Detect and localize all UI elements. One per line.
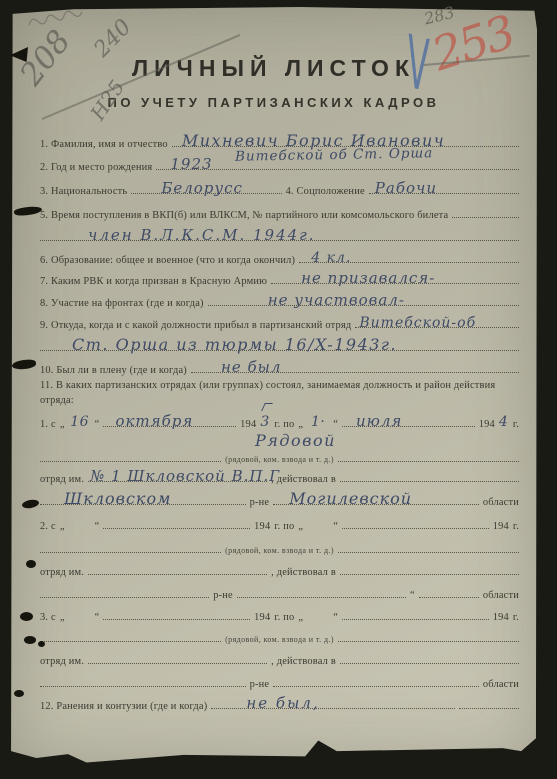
handwritten-region: Могилевской — [289, 489, 412, 508]
field-line: Витебской-об — [355, 314, 519, 328]
month-line — [103, 515, 250, 529]
field-line: член В.Л.К.С.М. 1944г. — [40, 227, 519, 241]
field-label: 9. Откуда, когда и с какой должности при… — [40, 320, 351, 331]
field-line: не был, — [211, 695, 455, 709]
field-row-fronts: 8. Участие на фронтах (где и когда) не у… — [40, 292, 519, 309]
field-line: не участвовал- — [208, 292, 519, 306]
caption-line — [338, 628, 519, 642]
otryad-line: № 1 Шкловской В.П.Г — [88, 468, 267, 482]
field-row-origin-2: Ст. Орша из тюрмы 16/X-1943г. — [40, 337, 519, 351]
year-printed: 194 — [479, 419, 495, 430]
period-3-dates: 3. с „ “ 194 г. по „ “ 194 г. — [40, 606, 519, 623]
field-row-units-2: отряда: — [40, 395, 519, 406]
otryad-label: отряд им. — [40, 656, 84, 667]
month-line: октября — [103, 413, 236, 427]
open-quote: „ — [298, 612, 303, 623]
period-2-otryad: отряд им. , действовал в — [40, 561, 519, 578]
g-po-printed: г. по — [274, 612, 294, 623]
field-row-party: 5. Время поступления в ВКП(б) или ВЛКСМ,… — [40, 204, 519, 221]
field-line: Белорусс — [131, 180, 281, 194]
open-quote: „ — [298, 419, 303, 430]
field-label: 7. Каким РВК и когда призван в Красную А… — [40, 276, 267, 287]
caption-line — [40, 628, 221, 642]
otryad-line — [88, 561, 267, 575]
district-label: р-не — [250, 497, 270, 508]
district-line — [40, 673, 246, 687]
field-row-nationality: 3. Национальность Белорусс 4. Соцположен… — [40, 180, 519, 197]
g-printed: г. — [513, 612, 519, 623]
field-row-captivity: 10. Был ли в плену (где и когда) не был — [40, 359, 519, 376]
field-line: не был — [191, 359, 519, 373]
region-label: области — [483, 497, 519, 508]
rank-caption: (рядовой, ком. взвода и т. д.) — [225, 455, 334, 464]
field-line: Рабочи — [369, 180, 519, 194]
period-2-dates: 2. с „ “ 194 г. по „ “ 194 г. — [40, 515, 519, 532]
region-line — [273, 673, 479, 687]
period-1-dates: 1. с „ 16 “ октября 194 3 г. по „ 1· “ и… — [40, 413, 519, 432]
rank-caption: (рядовой, ком. взвода и т. д.) — [225, 546, 334, 555]
region-label: области — [483, 590, 519, 601]
punch-hole — [38, 641, 45, 647]
acted-label: , действовал в — [271, 474, 336, 485]
g-po-printed: г. по — [274, 521, 294, 532]
g-printed: г. — [513, 419, 519, 430]
handwritten-fronts: не участвовал- — [268, 291, 405, 309]
acted-line — [340, 650, 519, 664]
punch-hole — [14, 690, 24, 697]
field-line: Ст. Орша из тюрмы 16/X-1943г. — [40, 337, 519, 351]
field-row-education: 6. Образование: общее и военное (что и к… — [40, 249, 519, 266]
caption-line — [40, 539, 221, 553]
month-line — [342, 606, 489, 620]
punch-hole — [20, 612, 33, 621]
handwritten-captivity: не был — [221, 358, 281, 376]
handwritten-month: октября — [115, 412, 193, 430]
field-line: 4 кл. — [299, 249, 519, 263]
period-prefix: 3. с — [40, 612, 56, 623]
field-line: не призавался- — [271, 270, 519, 284]
field-row-party-answer: член В.Л.К.С.М. 1944г. — [40, 227, 519, 241]
district-line — [40, 584, 209, 598]
punch-hole — [26, 560, 36, 568]
open-quote: „ — [60, 419, 65, 430]
region-line — [419, 584, 479, 598]
field-row-rvk: 7. Каким РВК и когда призван в Красную А… — [40, 270, 519, 287]
period-prefix: 1. с — [40, 419, 56, 430]
close-quote: “ — [333, 419, 338, 430]
field-label: 6. Образование: общее и военное (что и к… — [40, 255, 295, 266]
handwritten-education: 4 кл. — [311, 250, 351, 266]
caption-line — [338, 539, 519, 553]
field-row-origin: 9. Откуда, когда и с какой должности при… — [40, 314, 519, 331]
acted-label: , действовал в — [271, 567, 336, 578]
handwritten-birthyear: 1923 — [170, 155, 212, 173]
close-quote: “ — [95, 419, 100, 430]
period-3-rank-caption: (рядовой, ком. взвода и т. д.) — [40, 628, 519, 644]
period-1-region: Шкловском р-не Могилевской области — [40, 491, 519, 508]
field-line — [452, 204, 519, 218]
district-label: р-не — [250, 679, 270, 690]
district-label: р-не — [213, 590, 233, 601]
close-quote: “ — [95, 612, 100, 623]
close-quote: “ — [95, 521, 100, 532]
field-label: 4. Соцположение — [286, 186, 365, 197]
field-line — [459, 695, 519, 709]
close-quote: “ — [333, 521, 338, 532]
year-printed: 194 — [493, 612, 509, 623]
otryad-label: отряд им. — [40, 567, 84, 578]
handwritten-day: 16 — [70, 414, 89, 430]
handwritten-komsomol: член В.Л.К.С.М. 1944г. — [88, 226, 316, 244]
period-1-rank-caption: (рядовой, ком. взвода и т. д.) — [40, 448, 519, 464]
period-prefix: 2. с — [40, 521, 56, 532]
g-printed: г. — [513, 521, 519, 532]
period-2-region: р-не “ области — [40, 584, 519, 601]
month-line — [103, 606, 250, 620]
field-line: 1923 — [156, 156, 519, 170]
region-line: Могилевской — [273, 491, 479, 505]
period-3-otryad: отряд им. , действовал в — [40, 650, 519, 667]
year-printed: 194 — [240, 419, 256, 430]
rank-caption: (рядовой, ком. взвода и т. д.) — [225, 635, 334, 644]
field-label: 10. Был ли в плену (где и когда) — [40, 365, 187, 376]
month-line — [342, 515, 489, 529]
acted-line — [340, 561, 519, 575]
ditto-quote: “ — [410, 590, 415, 601]
caption-line — [338, 448, 519, 462]
handwritten-social-status: Рабочи — [375, 179, 437, 197]
handwritten-rvk: не призавался- — [301, 269, 435, 287]
field-label: 2. Год и место рождения — [40, 162, 152, 173]
period-2-rank-caption: (рядовой, ком. взвода и т. д.) — [40, 539, 519, 555]
handwritten-district: Шкловском — [64, 489, 171, 508]
handwritten-day-2: 1· — [311, 414, 325, 430]
document-page: ЛИЧНЫЙ ЛИСТОК ПО УЧЕТУ ПАРТИЗАНСКИХ КАДР… — [10, 7, 537, 764]
scan-background: ЛИЧНЫЙ ЛИСТОК ПО УЧЕТУ ПАРТИЗАНСКИХ КАДР… — [0, 0, 557, 779]
blue-check-mark: V — [405, 19, 431, 109]
handwritten-origin: Витебской-об — [359, 315, 476, 331]
region-label: области — [483, 679, 519, 690]
field-label: 11. В каких партизанских отрядах (или гр… — [40, 380, 495, 391]
region-line — [237, 584, 406, 598]
otryad-label: отряд им. — [40, 474, 84, 485]
period-1-otryad: отряд им. № 1 Шкловской В.П.Г , действов… — [40, 468, 519, 485]
acted-label: , действовал в — [271, 656, 336, 667]
field-row-wounds: 12. Ранения и контузии (где и когда) не … — [40, 695, 519, 712]
open-quote: „ — [298, 521, 303, 532]
correction-mark — [261, 403, 273, 411]
open-quote: „ — [60, 612, 65, 623]
handwritten-origin-2: Ст. Орша из тюрмы 16/X-1943г. — [72, 335, 397, 354]
field-row-birth: 2. Год и место рождения 1923 — [40, 156, 519, 173]
year-printed: 194 — [493, 521, 509, 532]
caption-line — [40, 448, 221, 462]
handwritten-wounds: не был, — [246, 694, 319, 712]
acted-line — [340, 468, 519, 482]
open-quote: „ — [60, 521, 65, 532]
field-line: Михневич Борис Иванович — [172, 133, 519, 147]
field-row-units: 11. В каких партизанских отрядах (или гр… — [40, 380, 519, 391]
handwritten-year-digit: 3 — [260, 414, 269, 430]
handwritten-month-2: июля — [356, 412, 402, 430]
district-line: Шкловском — [40, 491, 246, 505]
close-quote: “ — [333, 612, 338, 623]
year-printed: 194 — [254, 521, 270, 532]
field-label: 5. Время поступления в ВКП(б) или ВЛКСМ,… — [40, 210, 448, 221]
otryad-line — [88, 650, 267, 664]
field-label: 12. Ранения и контузии (где и когда) — [40, 701, 207, 712]
field-label: 3. Национальность — [40, 186, 127, 197]
field-label: 1. Фамилия, имя и отчество — [40, 139, 168, 150]
handwritten-nationality: Белорусс — [161, 179, 243, 197]
period-3-region: р-не области — [40, 673, 519, 690]
handwritten-otryad: № 1 Шкловской В.П.Г — [90, 467, 280, 485]
field-label: отряда: — [40, 395, 74, 406]
year-printed: 194 — [254, 612, 270, 623]
field-label: 8. Участие на фронтах (где и когда) — [40, 298, 204, 309]
punch-hole — [24, 636, 36, 644]
g-po-printed: г. по — [274, 419, 294, 430]
handwritten-year-digit-2: 4 — [499, 414, 508, 430]
month-line: июля — [342, 413, 475, 427]
